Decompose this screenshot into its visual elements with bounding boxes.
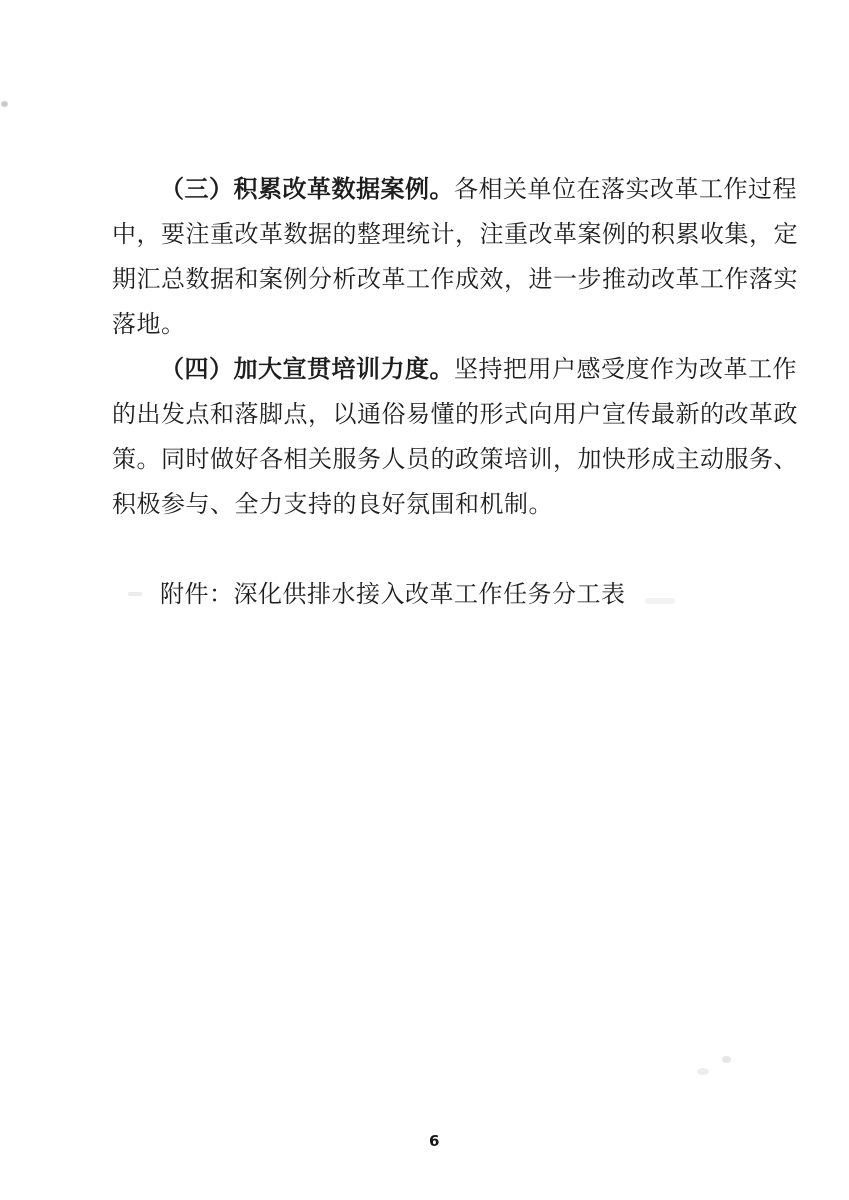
scan-speck xyxy=(697,1068,709,1075)
section-4-heading: （四）加大宣贯培训力度。 xyxy=(160,357,454,383)
paragraph-line: （四）加大宣贯培训力度。坚持把用户感受度作为改革工作 xyxy=(112,348,792,393)
scan-speck xyxy=(128,592,142,596)
scan-speck xyxy=(1,101,8,107)
document-body: （三）积累改革数据案例。各相关单位在落实改革工作过程 中，要注重改革数据的整理统… xyxy=(112,168,792,618)
page-number: 6 xyxy=(429,1132,439,1150)
paragraph-line: 落地。 xyxy=(112,303,792,348)
attachment-reference-line: 附件：深化供排水接入改革工作任务分工表 xyxy=(112,573,792,618)
scanned-document-page: （三）积累改革数据案例。各相关单位在落实改革工作过程 中，要注重改革数据的整理统… xyxy=(0,0,849,1200)
paragraph-line: （三）积累改革数据案例。各相关单位在落实改革工作过程 xyxy=(112,168,792,213)
paragraph-section-4: （四）加大宣贯培训力度。坚持把用户感受度作为改革工作 的出发点和落脚点，以通俗易… xyxy=(112,348,792,528)
section-4-line-1: 坚持把用户感受度作为改革工作 xyxy=(454,357,797,383)
section-3-line-1: 各相关单位在落实改革工作过程 xyxy=(454,177,797,203)
section-3-heading: （三）积累改革数据案例。 xyxy=(160,177,454,203)
paragraph-line: 中，要注重改革数据的整理统计，注重改革案例的积累收集，定 xyxy=(112,213,792,258)
scan-speck xyxy=(722,1056,731,1063)
paragraph-section-3: （三）积累改革数据案例。各相关单位在落实改革工作过程 中，要注重改革数据的整理统… xyxy=(112,168,792,348)
scan-speck xyxy=(645,598,675,604)
paragraph-line: 积极参与、全力支持的良好氛围和机制。 xyxy=(112,483,792,528)
paragraph-line: 期汇总数据和案例分析改革工作成效，进一步推动改革工作落实 xyxy=(112,258,792,303)
paragraph-line: 策。同时做好各相关服务人员的政策培训，加快形成主动服务、 xyxy=(112,438,792,483)
paragraph-line: 的出发点和落脚点，以通俗易懂的形式向用户宣传最新的改革政 xyxy=(112,393,792,438)
